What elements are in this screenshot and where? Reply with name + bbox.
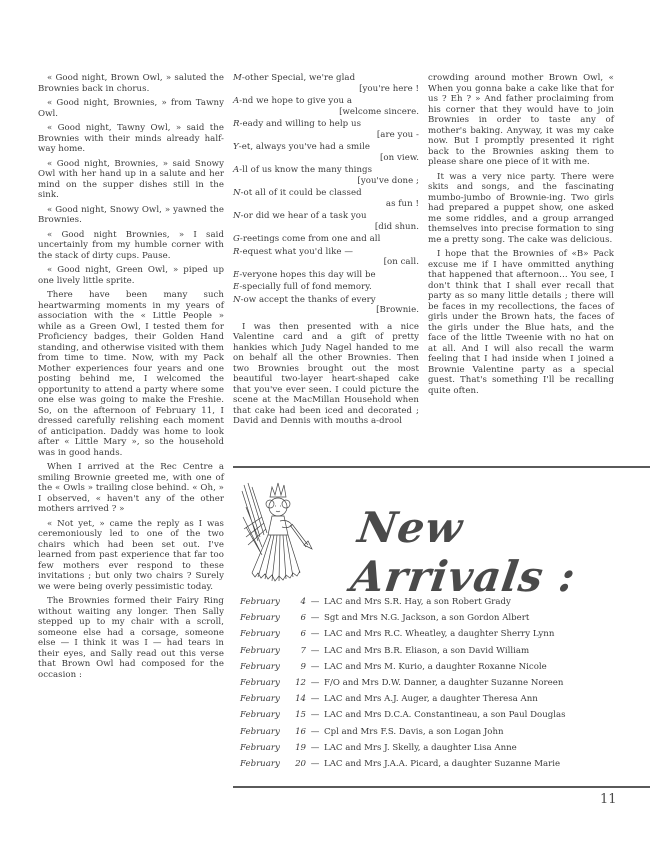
article-column-left: « Good night, Brown Owl, » saluted the B…	[38, 73, 224, 684]
angel-trumpet-icon	[240, 477, 324, 587]
poem-line: N-ot all of it could be classedas fun !	[233, 188, 419, 209]
divider-rule	[233, 466, 650, 468]
list-item: February4—LAC and Mrs S.R. Hay, a son Ro…	[240, 595, 650, 611]
poem-line: M-other Special, we're glad[you're here …	[233, 73, 419, 94]
poem-line: E-veryone hopes this day will be	[233, 270, 419, 281]
article-column-middle: M-other Special, we're glad[you're here …	[233, 73, 419, 431]
birth-announcements-list: February4—LAC and Mrs S.R. Hay, a son Ro…	[240, 595, 650, 773]
acrostic-poem: M-other Special, we're glad[you're here …	[233, 73, 419, 316]
poem-line: R-equest what you'd like —[on call.	[233, 247, 419, 268]
list-item: February20—LAC and Mrs J.A.A. Picard, a …	[240, 757, 650, 773]
poem-line: G-reetings come from one and all	[233, 234, 419, 245]
paragraph: « Not yet, » came the reply as I was cer…	[38, 519, 224, 593]
poem-line: R-eady and willing to help us[are you -	[233, 119, 419, 140]
list-item: February6—LAC and Mrs R.C. Wheatley, a d…	[240, 627, 650, 643]
article-column-right: crowding around mother Brown Owl, « When…	[428, 73, 614, 400]
list-item: February9—LAC and Mrs M. Kurio, a daught…	[240, 660, 650, 676]
list-item: February15—LAC and Mrs D.C.A. Constantin…	[240, 708, 650, 724]
list-item: February7—LAC and Mrs B.R. Eliason, a so…	[240, 644, 650, 660]
paragraph: There have been many such heartwarming m…	[38, 290, 224, 458]
paragraph: I hope that the Brownies of «B» Pack exc…	[428, 249, 614, 396]
poem-line: Y-et, always you've had a smile[on view.	[233, 142, 419, 163]
poem-line: E-specially full of fond memory.	[233, 282, 419, 293]
page-number: 11	[600, 792, 617, 807]
list-item: February16—Cpl and Mrs F.S. Davis, a son…	[240, 725, 650, 741]
paragraph: It was a very nice party. There were ski…	[428, 172, 614, 246]
poem-line: N-ow accept the thanks of every[Brownie.	[233, 295, 419, 316]
paragraph: I was then presented with a nice Valenti…	[233, 322, 419, 427]
poem-line: A-nd we hope to give you a[welcome since…	[233, 96, 419, 117]
paragraph: The Brownies formed their Fairy Ring wit…	[38, 596, 224, 680]
list-item: February14—LAC and Mrs A.J. Auger, a dau…	[240, 692, 650, 708]
paragraph: crowding around mother Brown Owl, « When…	[428, 73, 614, 168]
paragraph: When I arrived at the Rec Centre a smili…	[38, 462, 224, 515]
poem-line: N-or did we hear of a task you[did shun.	[233, 211, 419, 232]
list-item: February12—F/O and Mrs D.W. Danner, a da…	[240, 676, 650, 692]
paragraph: « Good night, Brownies, » said Snowy Owl…	[38, 159, 224, 201]
paragraph: « Good night, Green Owl, » piped up one …	[38, 265, 224, 286]
paragraph: « Good night, Tawny Owl, » said the Brow…	[38, 123, 224, 155]
list-item: February6—Sgt and Mrs N.G. Jackson, a so…	[240, 611, 650, 627]
divider-rule	[233, 786, 650, 788]
list-item: February19—LAC and Mrs J. Skelly, a daug…	[240, 741, 650, 757]
paragraph: « Good night Brownies, » I said uncertai…	[38, 230, 224, 262]
new-arrivals-heading: New Arrivals :	[348, 503, 650, 601]
paragraph: « Good night, Brown Owl, » saluted the B…	[38, 73, 224, 94]
paragraph: « Good night, Snowy Owl, » yawned the Br…	[38, 205, 224, 226]
poem-line: A-ll of us know the many things[you've d…	[233, 165, 419, 186]
paragraph: « Good night, Brownies, » from Tawny Owl…	[38, 98, 224, 119]
